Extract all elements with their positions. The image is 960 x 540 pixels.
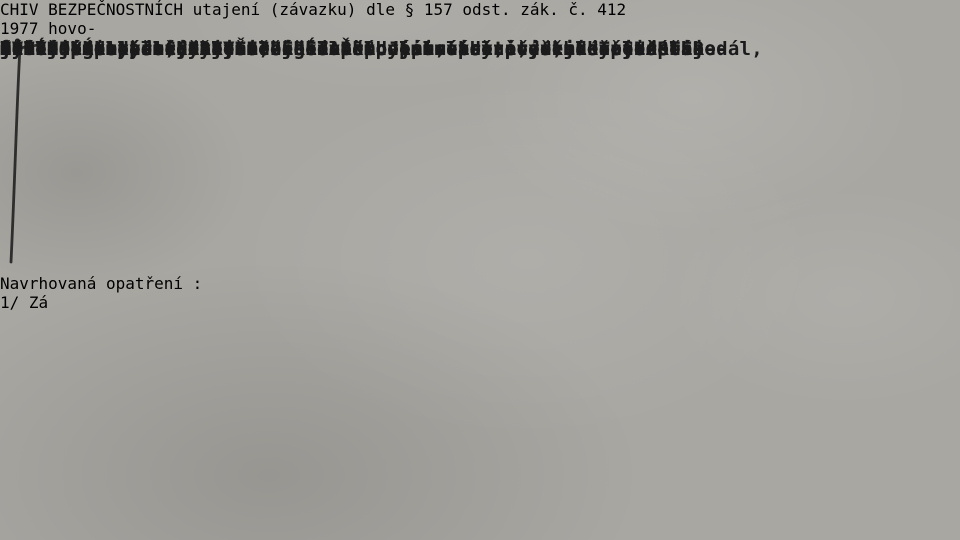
watermark-text: § 157 odst. zák. [405, 0, 559, 19]
clipped-bottom-line: 1/ Zá [0, 293, 960, 312]
clipped-bottom-line-text: 1/ Zá [0, 293, 48, 312]
margin-bracket-annotation [0, 38, 52, 270]
document-scan-page: CHIV BEZPEČNOSTNÍCH utajení (závazku) dl… [0, 0, 960, 540]
watermark-text: č. 412 [568, 0, 626, 19]
watermark-text: utajení (závazku) dle [193, 0, 395, 19]
typewritten-line: ještě více a nikdo o tobě neví ". [0, 38, 387, 60]
clipped-top-line-text: 1977 hovo- [0, 19, 96, 38]
clipped-top-line: 1977 hovo- [0, 19, 960, 38]
watermark-text: CHIV BEZPEČNOSTNÍCH [0, 0, 183, 19]
section-heading: Navrhovaná opatření : [0, 274, 960, 293]
